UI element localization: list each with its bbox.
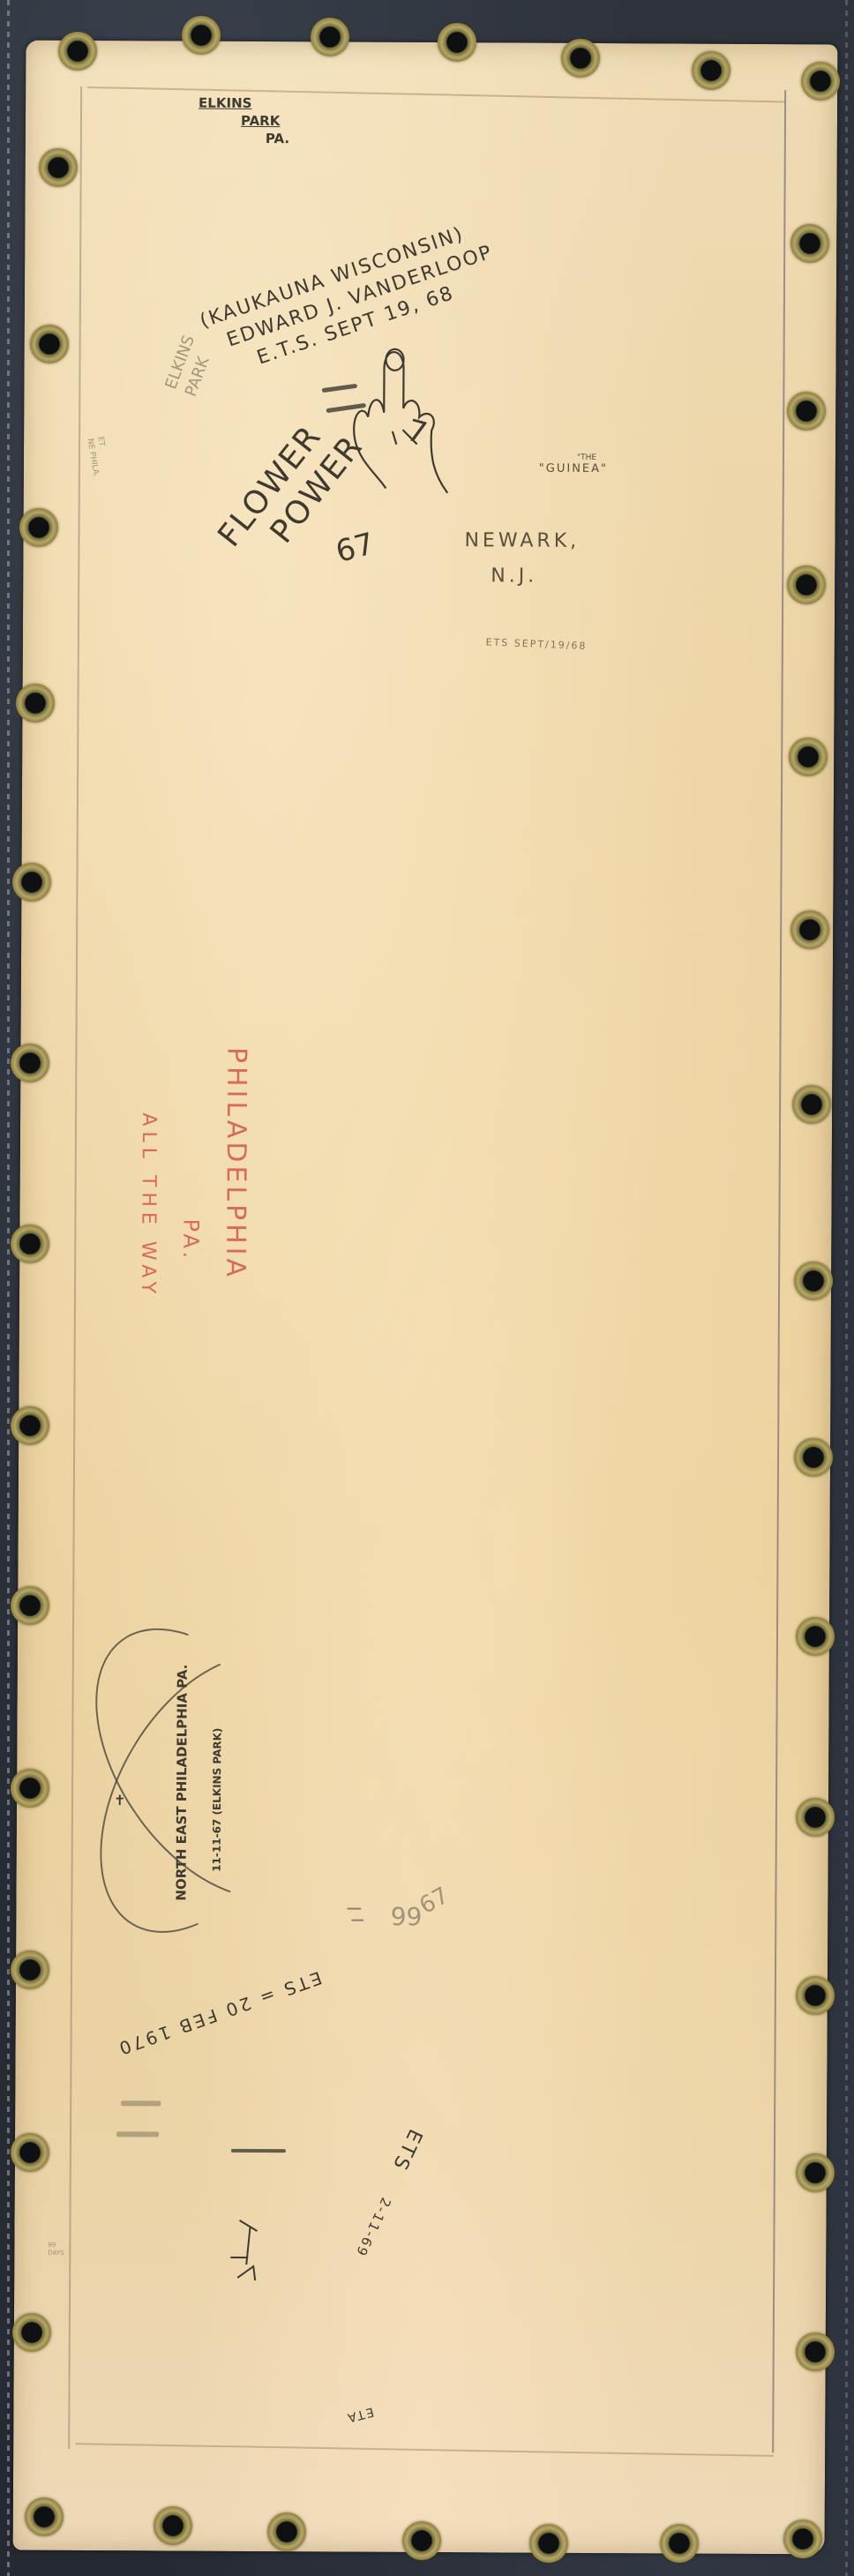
- grommet-icon: [796, 2153, 835, 2192]
- grommet-icon: [801, 62, 840, 101]
- inscription-ets-1969-date: 2-11-69: [352, 2195, 393, 2259]
- hem-seam-left: [68, 86, 82, 2449]
- grommet-icon: [11, 1406, 49, 1445]
- dash-mark: [347, 1908, 361, 1910]
- inscription-elkins-park: ELKINS PARK PA.: [199, 94, 290, 148]
- inscription-pa: PA.: [178, 1219, 203, 1262]
- grommet-icon: [692, 51, 730, 90]
- grommet-icon: [11, 1044, 49, 1082]
- grommet-icon: [792, 1085, 831, 1124]
- grommet-icon: [25, 2497, 64, 2536]
- grommet-icon: [39, 148, 78, 187]
- grommet-icon: [182, 16, 221, 55]
- grommet-icon: [783, 2520, 822, 2558]
- grommet-icon: [787, 392, 826, 431]
- grommet-icon: [790, 910, 829, 949]
- grommet-icon: [311, 18, 349, 56]
- grommet-icon: [12, 863, 51, 902]
- grommet-icon: [11, 1586, 49, 1625]
- inscription-eta: ETA: [344, 2404, 375, 2425]
- grommet-icon: [790, 224, 829, 263]
- grommet-icon: [529, 2524, 568, 2563]
- inscription-date-11-11-67: 11-11-67 (ELKINS PARK): [211, 1728, 224, 1872]
- inscription-ets-1969-label: ETS: [387, 2125, 426, 2175]
- grommet-icon: [796, 1617, 835, 1656]
- cross-icon: ✝: [114, 1792, 126, 1808]
- inscription-year-67: 67: [333, 526, 378, 570]
- grommet-icon: [16, 684, 55, 723]
- dash-mark: [351, 1920, 363, 1921]
- canvas-cot-panel: ELKINS PARK PA. (KAUKAUNA WISCONSIN) EDW…: [13, 41, 838, 2555]
- scribble-mark: [231, 2149, 286, 2153]
- inscription-faint-66: 66: [391, 1901, 423, 1930]
- inscription-ets-1970: ETS = 20 FEB 1970: [114, 1967, 325, 2060]
- stick-figure-sketch-icon: [221, 2212, 274, 2291]
- grommet-icon: [19, 508, 58, 547]
- grommet-icon: [438, 23, 476, 62]
- hem-seam-right: [772, 90, 786, 2452]
- inscription-side-note: ET NE PHILA.: [84, 436, 111, 478]
- grommet-icon: [11, 2133, 49, 2172]
- grommet-icon: [11, 1951, 49, 1989]
- grommet-icon: [787, 565, 826, 604]
- lacing-rope-left: [7, 0, 10, 2576]
- inscription-all-the-way: ALL THE WAY: [137, 1112, 160, 1299]
- grommet-icon: [796, 1798, 835, 1837]
- inscription-newark-nj: NEWARK, N.J.: [464, 523, 580, 595]
- grommet-icon: [794, 1438, 833, 1477]
- inscription-small-left: 99 DAYS: [48, 2242, 64, 2258]
- grommet-icon: [30, 325, 69, 363]
- grommet-icon: [267, 2512, 306, 2551]
- grommet-icon: [660, 2524, 699, 2563]
- scribble-mark: [121, 2100, 161, 2106]
- grommet-icon: [154, 2506, 192, 2545]
- grommet-icon: [402, 2521, 441, 2560]
- inscription-north-east-philadelphia: NORTH EAST PHILADELPHIA PA.: [173, 1665, 190, 1901]
- lacing-rope-right: [845, 0, 848, 2576]
- inscription-philadelphia: PHILADELPHIA: [220, 1047, 251, 1280]
- grommet-icon: [12, 2313, 51, 2352]
- hem-seam-bottom: [75, 2443, 774, 2457]
- inscription-ets-sept-1968: ETS SEPT/19/68: [485, 636, 587, 652]
- grommet-icon: [11, 1224, 49, 1263]
- grommet-icon: [561, 39, 600, 78]
- grommet-icon: [58, 32, 97, 71]
- hem-seam-top: [87, 86, 786, 103]
- grommet-icon: [796, 1976, 835, 2015]
- grommet-icon: [11, 1769, 49, 1808]
- grommet-icon: [789, 738, 828, 776]
- inscription-the-guinea-newark: "THE "GUINEA": [481, 453, 666, 476]
- grommet-icon: [794, 1262, 833, 1300]
- grommet-icon: [796, 2333, 835, 2371]
- scribble-mark: [116, 2131, 159, 2137]
